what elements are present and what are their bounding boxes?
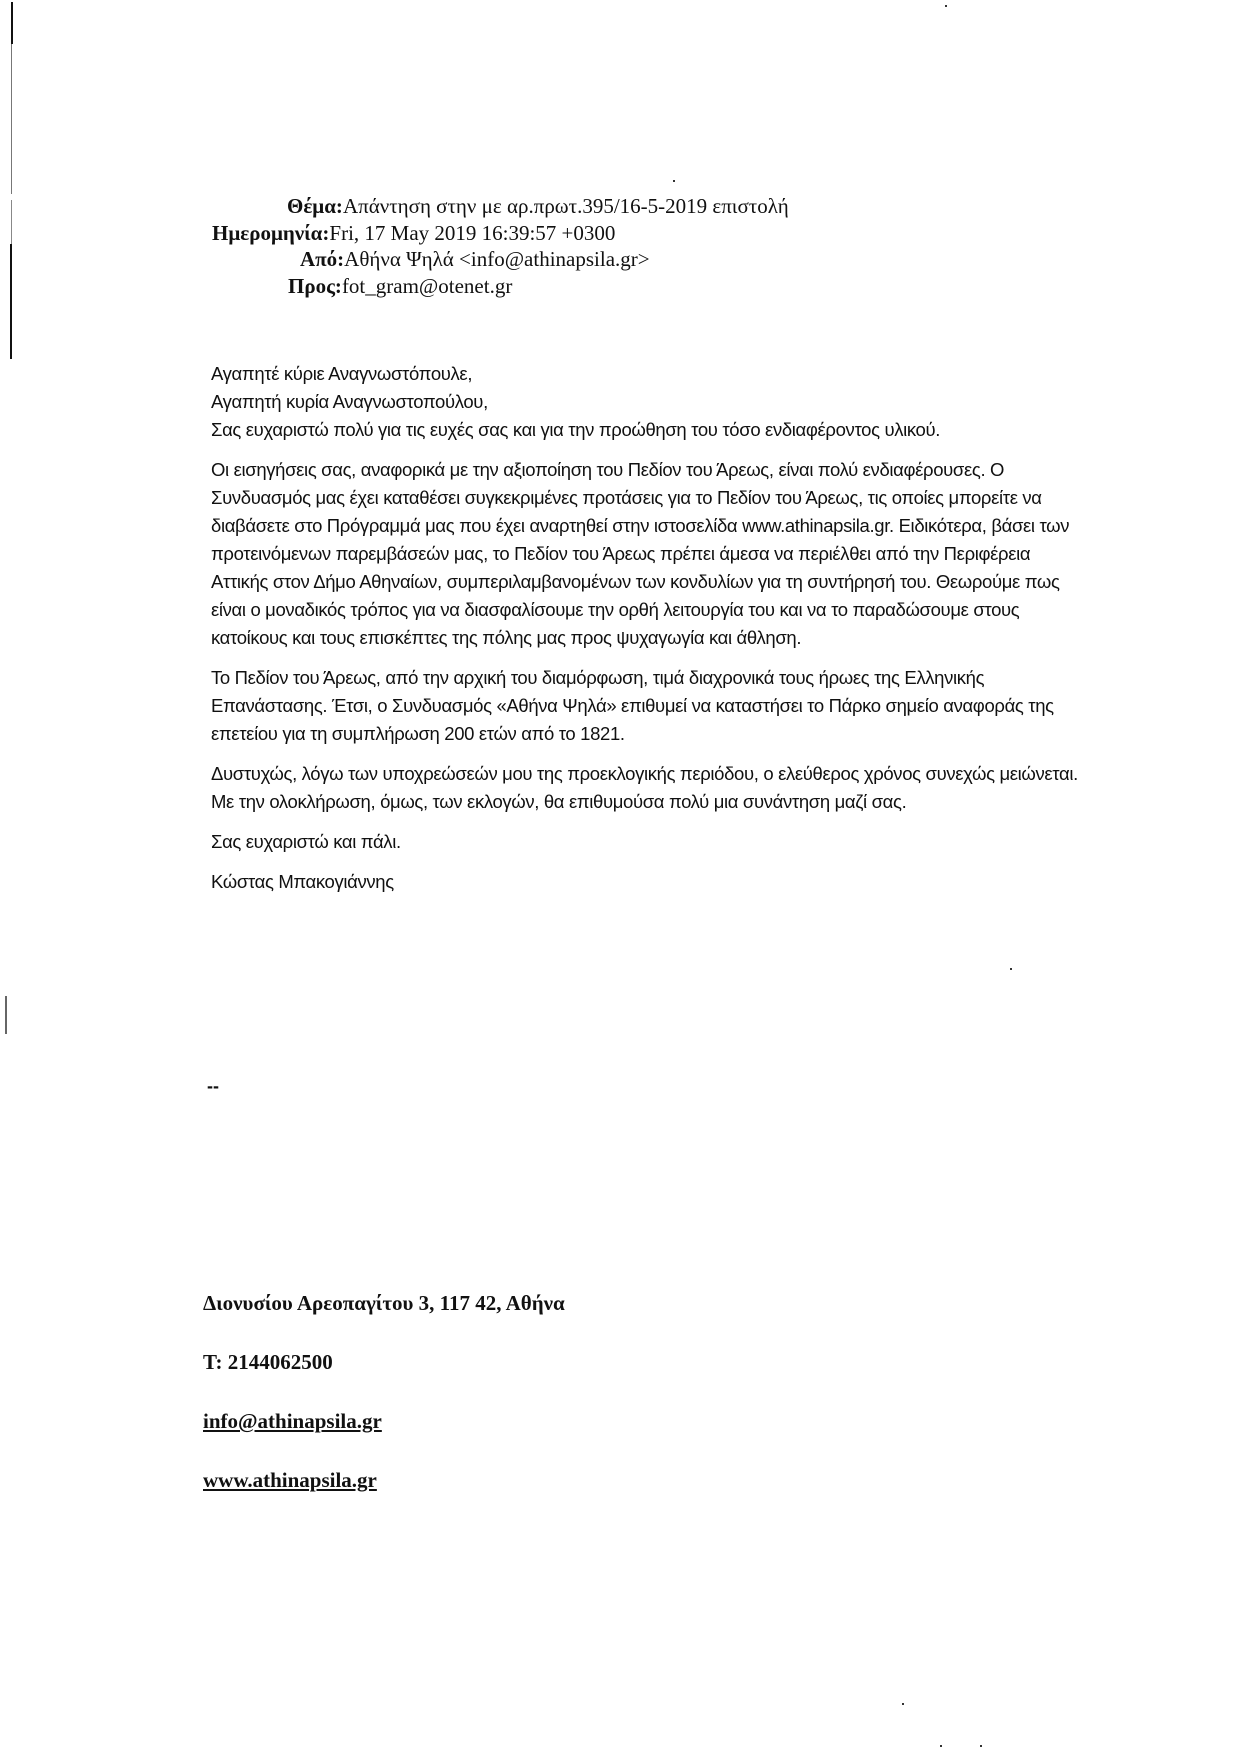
signature-name: Κώστας Μπακογιάννης [211,868,1091,896]
scan-artifact-line [11,2,13,44]
subject-label: Θέμα: [287,194,343,218]
greeting-line-mrs: Αγαπητή κυρία Αναγνωστοπούλου, [211,388,1091,416]
scan-speck [940,1745,942,1747]
to-label: Προς: [288,274,342,298]
body-paragraph-history: Το Πεδίον του Άρεως, από την αρχική του … [211,664,1091,748]
footer-phone: T: 2144062500 [203,1349,565,1408]
scan-artifact-line [5,996,7,1034]
footer-website-line: www.athinapsila.gr [203,1467,565,1526]
from-label: Από: [300,247,344,271]
letter-body: Αγαπητέ κύριε Αναγνωστόπουλε, Αγαπητή κυ… [211,360,1091,908]
scan-speck [945,5,947,7]
body-paragraph-proposals: Οι εισηγήσεις σας, αναφορικά με την αξιο… [211,456,1091,652]
footer-address: Διονυσίου Αρεοπαγίτου 3, 117 42, Αθήνα [203,1290,565,1349]
scan-artifact-line [11,44,12,194]
from-row: Από:Αθήνα Ψηλά <info@athinapsila.gr> [212,246,789,273]
scan-speck [980,1745,982,1747]
contact-footer: Διονυσίου Αρεοπαγίτου 3, 117 42, Αθήνα T… [203,1290,565,1526]
subject-row: Θέμα:Απάντηση στην με αρ.πρωτ.395/16-5-2… [212,193,789,220]
email-header: Θέμα:Απάντηση στην με αρ.πρωτ.395/16-5-2… [212,193,789,299]
greeting-paragraph: Αγαπητέ κύριε Αναγνωστόπουλε, Αγαπητή κυ… [211,360,1091,444]
signature-separator: -- [207,1076,219,1097]
from-value: Αθήνα Ψηλά <info@athinapsila.gr> [344,247,649,271]
greeting-line-mr: Αγαπητέ κύριε Αναγνωστόπουλε, [211,360,1091,388]
date-value: Fri, 17 May 2019 16:39:57 +0300 [329,221,615,245]
body-paragraph-meeting: Δυστυχώς, λόγω των υποχρεώσεών μου της π… [211,760,1091,816]
scan-speck [1010,968,1012,970]
footer-email-line: info@athinapsila.gr [203,1408,565,1467]
date-label: Ημερομηνία: [212,221,329,245]
footer-website-link[interactable]: www.athinapsila.gr [203,1468,377,1492]
date-row: Ημερομηνία:Fri, 17 May 2019 16:39:57 +03… [212,220,789,247]
to-value: fot_gram@otenet.gr [342,274,512,298]
scan-speck [673,180,675,182]
closing-line: Σας ευχαριστώ και πάλι. [211,828,1091,856]
footer-email-link[interactable]: info@athinapsila.gr [203,1409,382,1433]
thanks-line: Σας ευχαριστώ πολύ για τις ευχές σας και… [211,416,1091,444]
subject-value: Απάντηση στην με αρ.πρωτ.395/16-5-2019 ε… [343,194,789,218]
scan-artifact-line [10,244,12,359]
to-row: Προς:fot_gram@otenet.gr [212,273,789,300]
scan-speck [902,1703,904,1705]
